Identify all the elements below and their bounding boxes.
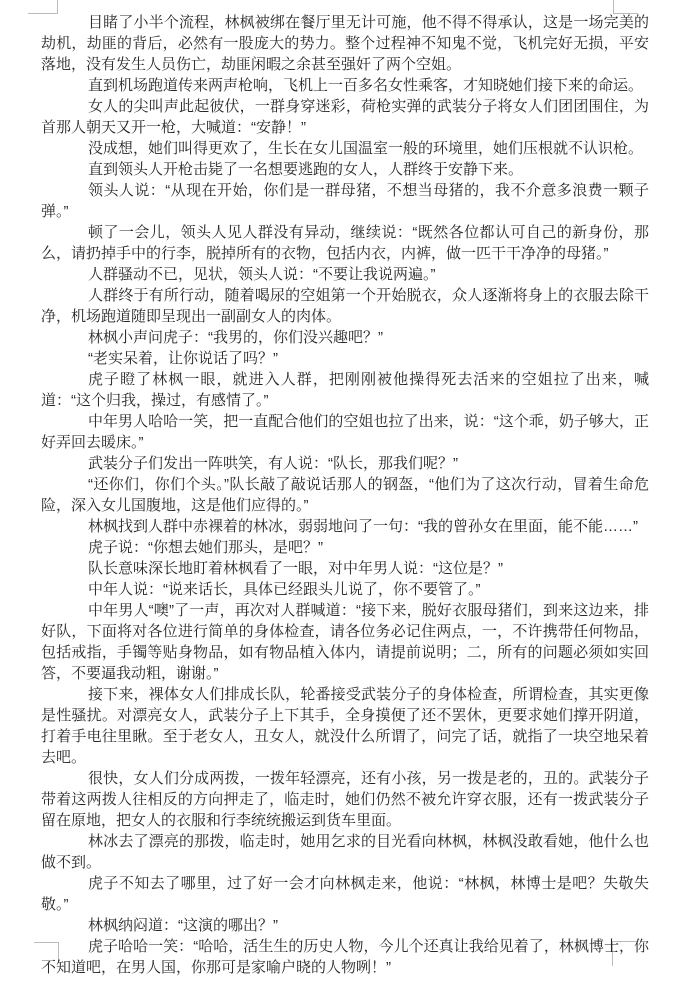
paragraph: 目睹了小半个流程，林枫被绑在餐厅里无计可施，他不得不得承认，这是一场完美的劫机，… [41, 12, 649, 75]
paragraph: 女人的尖叫声此起彼伏，一群身穿迷彩，荷枪实弹的武装分子将女人们团团围住，为首那人… [41, 96, 649, 138]
document-text: 目睹了小半个流程，林枫被绑在餐厅里无计可施，他不得不得承认，这是一场完美的劫机，… [41, 12, 649, 978]
paragraph: 虎子不知去了哪里，过了好一会才向林枫走来，他说：“林枫，林博士是吧？失敬失敬。” [41, 873, 649, 915]
paragraph: 林冰去了漂亮的那拨，临走时，她用乞求的目光看向林枫，林枫没敢看她，他什么也做不到… [41, 831, 649, 873]
paragraph: 人群终于有所行动，随着喝尿的空姐第一个开始脱衣，众人逐渐将身上的衣服去除干净，机… [41, 285, 649, 327]
paragraph: 直到机场跑道传来两声枪响，飞机上一百多名女性乘客，才知晓她们接下来的命运。 [41, 75, 649, 96]
paragraph: 林枫找到人群中赤裸着的林冰，弱弱地问了一句：“我的曾孙女在里面，能不能……” [41, 516, 649, 537]
paragraph: 中年男人“噢”了一声，再次对人群喊道：“接下来，脱好衣服母猪们，到来这边来，排好… [41, 600, 649, 684]
paragraph: 虎子瞪了林枫一眼，就进入人群，把刚刚被他操得死去活来的空姐拉了出来，喊道：“这个… [41, 369, 649, 411]
paragraph: 很快，女人们分成两拨，一拨年轻漂亮，还有小孩，另一拨是老的，丑的。武装分子带着这… [41, 768, 649, 831]
paragraph: 没成想，她们叫得更欢了，生长在女儿国温室一般的环境里，她们压根就不认识枪。 [41, 138, 649, 159]
paragraph: 领头人说：“从现在开始，你们是一群母猪，不想当母猪的，我不介意多浪费一颗子弹。” [41, 180, 649, 222]
paragraph: 武装分子们发出一阵哄笑，有人说：“队长，那我们呢？” [41, 453, 649, 474]
paragraph: 林枫小声问虎子：“我男的，你们没兴趣吧？” [41, 327, 649, 348]
paragraph: “老实呆着，让你说话了吗？” [41, 348, 649, 369]
paragraph: 中年人说：“说来话长，具体已经跟头儿说了，你不要管了。” [41, 579, 649, 600]
paragraph: 人群骚动不已，见状，领头人说：“不要让我说两遍。” [41, 264, 649, 285]
paragraph: 顿了一会儿，领头人见人群没有异动，继续说：“既然各位都认可自己的新身份，那么，请… [41, 222, 649, 264]
paragraph: 接下来，裸体女人们排成长队，轮番接受武装分子的身体检查，所谓检查，其实更像是性骚… [41, 684, 649, 768]
paragraph: 中年男人哈哈一笑，把一直配合他们的空姐也拉了出来，说：“这个乖，奶子够大，正好弄… [41, 411, 649, 453]
document-page: 目睹了小半个流程，林枫被绑在餐厅里无计可施，他不得不得承认，这是一场完美的劫机，… [0, 0, 680, 983]
paragraph: 队长意味深长地盯着林枫看了一眼，对中年男人说：“这位是？” [41, 558, 649, 579]
paragraph: 直到领头人开枪击毙了一名想要逃跑的女人，人群终于安静下来。 [41, 159, 649, 180]
paragraph: “还你们，你们个头。”队长敲了敲说话那人的钢盔，“他们为了这次行动，冒着生命危险… [41, 474, 649, 516]
paragraph: 虎子哈哈一笑：“哈哈，活生生的历史人物，今儿个还真让我给见着了，林枫博士，你不知… [41, 936, 649, 978]
paragraph: 林枫纳闷道：“这演的哪出？” [41, 915, 649, 936]
paragraph: 虎子说：“你想去她们那头，是吧？” [41, 537, 649, 558]
